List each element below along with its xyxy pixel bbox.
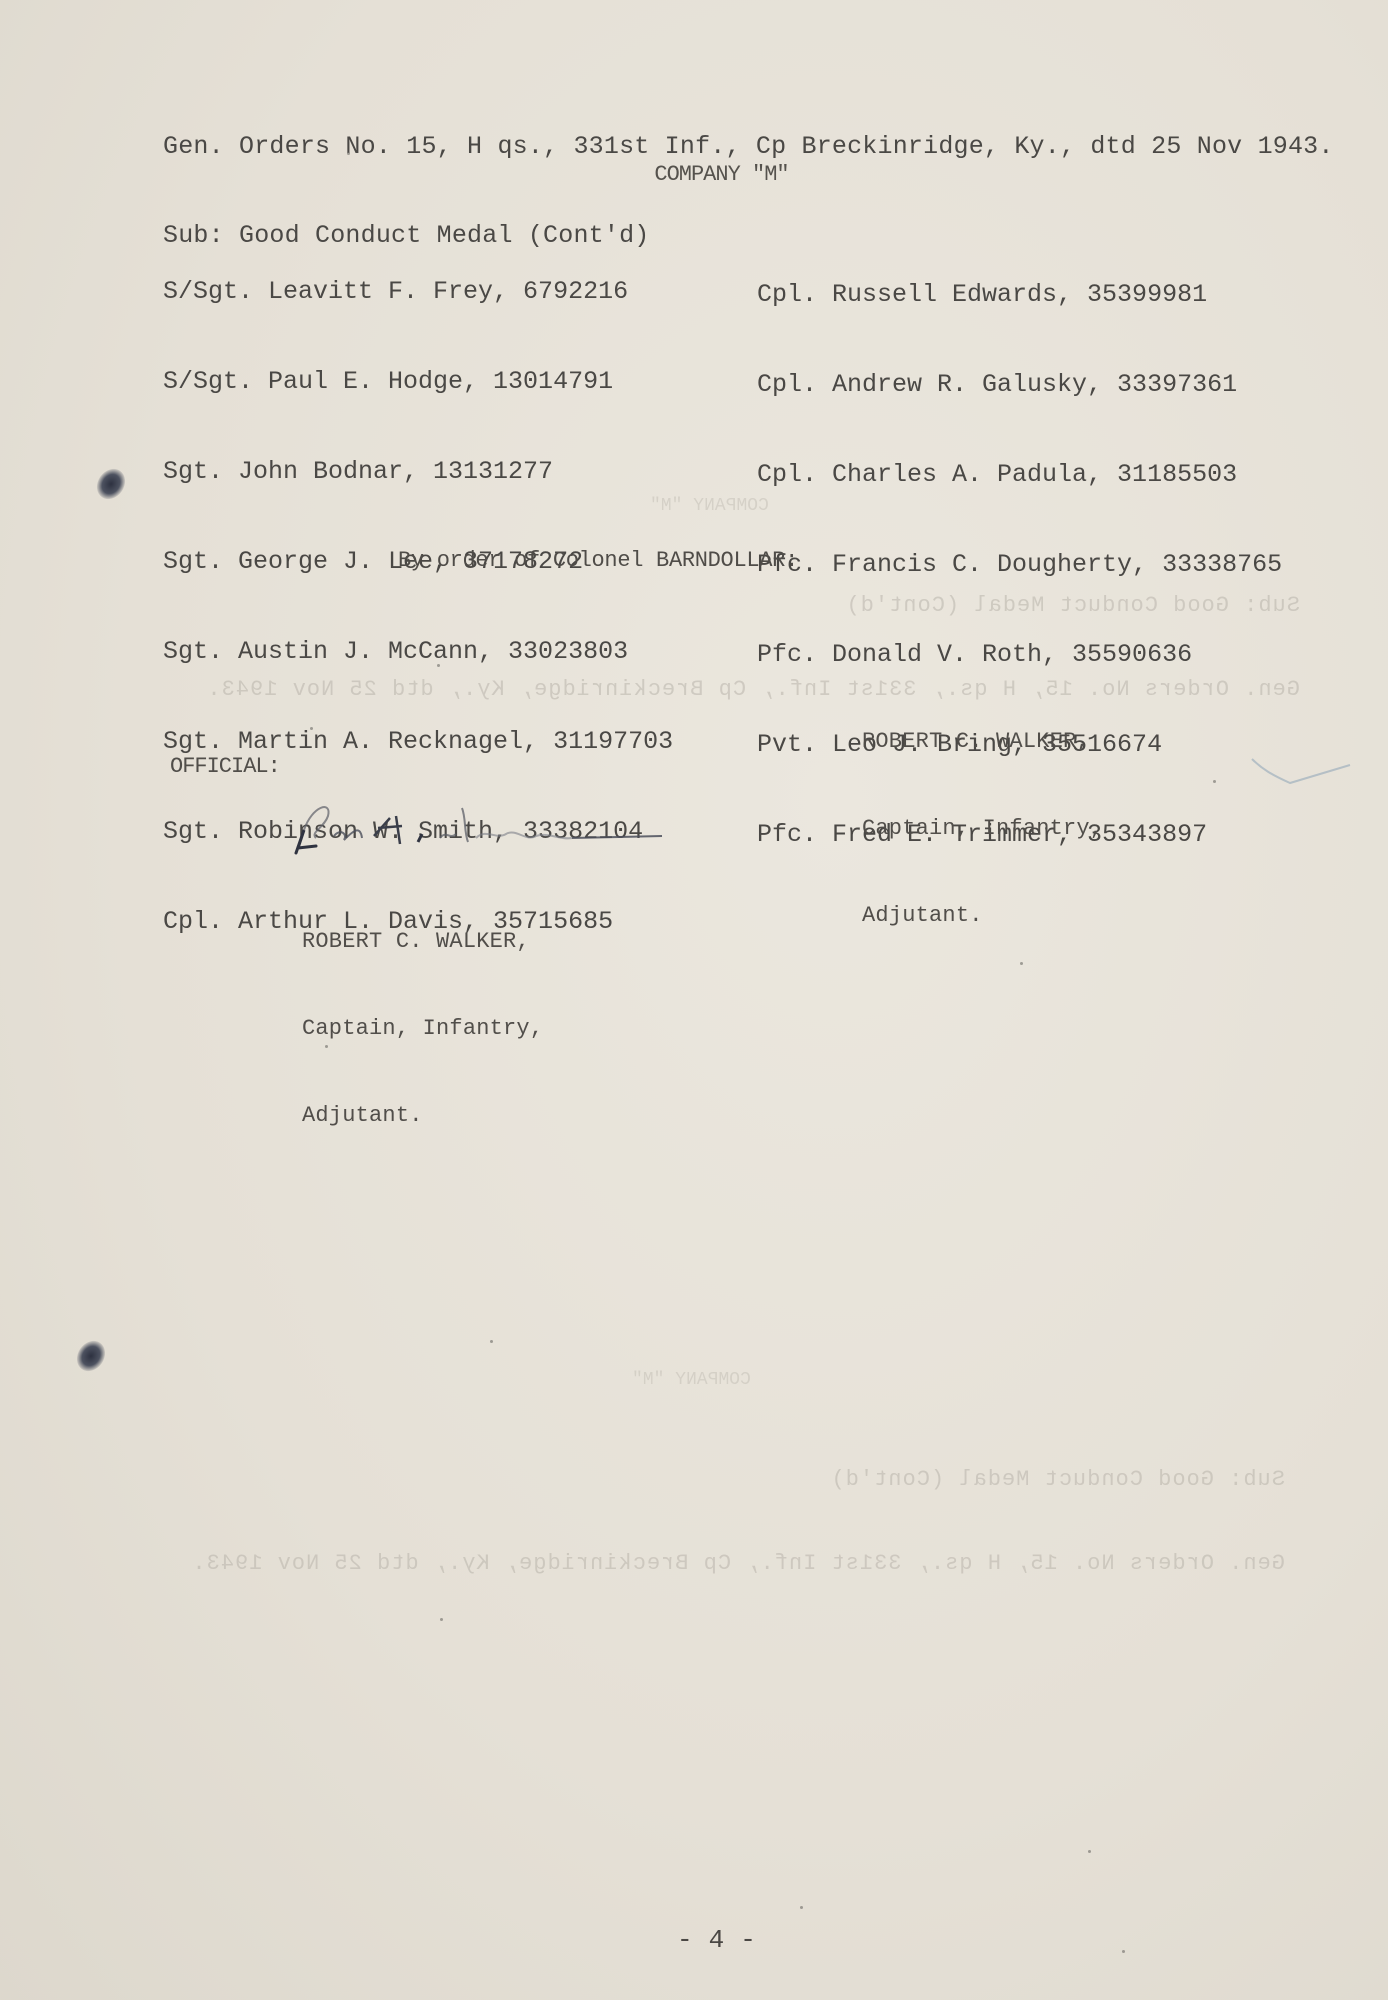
paper-speck — [437, 664, 440, 667]
paper-speck — [1088, 1850, 1091, 1853]
paper-speck — [1020, 962, 1023, 965]
official-label: OFFICIAL: — [170, 752, 280, 782]
by-order-line: By order of Colonel BARNDOLLAR: — [398, 546, 798, 576]
pencil-mark — [1250, 755, 1360, 795]
paper-speck — [347, 152, 350, 155]
roster-entry: Pfc. Francis C. Dougherty, 33338765 — [757, 550, 1282, 580]
paper-speck — [497, 745, 500, 748]
roster-entry: Sgt. Austin J. McCann, 33023803 — [163, 637, 673, 667]
ink-smudge — [71, 1335, 111, 1376]
general-orders-line: Gen. Orders No. 15, H qs., 331st Inf., C… — [163, 132, 1334, 161]
paper-speck — [310, 727, 313, 730]
roster-entry: Cpl. Russell Edwards, 35399981 — [757, 280, 1282, 310]
company-heading: COMPANY "M" — [0, 160, 1388, 190]
offset-ghost-text-lower: Sub: Good Conduct Medal (Cont'd) Gen. Or… — [155, 1410, 1285, 1606]
paper-speck — [440, 1618, 443, 1621]
roster-entry: Pfc. Donald V. Roth, 35590636 — [757, 640, 1282, 670]
paper-speck — [490, 1340, 493, 1343]
paper-speck — [325, 1045, 328, 1048]
roster-entry: Cpl. Andrew R. Galusky, 33397361 — [757, 370, 1282, 400]
roster-entry: Cpl. Charles A. Padula, 31185503 — [757, 460, 1282, 490]
offset-ghost-title-lower: COMPANY "M" — [632, 1370, 751, 1390]
paper-speck — [1213, 780, 1216, 783]
roster-entry: S/Sgt. Leavitt F. Frey, 6792216 — [163, 277, 673, 307]
ink-smudge — [91, 463, 131, 504]
paper-speck — [800, 1906, 803, 1909]
signatory-title: Adjutant. — [302, 1101, 543, 1130]
signatory-title: Adjutant. — [862, 901, 1103, 930]
signatory-rank: Captain, Infantry, — [862, 814, 1103, 843]
roster-entry: Sgt. John Bodnar, 13131277 — [163, 457, 673, 487]
signature-block-right: ROBERT C. WALKER, Captain, Infantry, Adj… — [862, 669, 1103, 959]
roster-entry: S/Sgt. Paul E. Hodge, 13014791 — [163, 367, 673, 397]
signature-block-left: ROBERT C. WALKER, Captain, Infantry, Adj… — [302, 869, 543, 1159]
signatory-name: ROBERT C. WALKER, — [302, 927, 543, 956]
handwritten-signature — [290, 798, 680, 858]
page-number: - 4 - — [0, 1925, 1388, 1955]
signatory-name: ROBERT C. WALKER, — [862, 727, 1103, 756]
signatory-rank: Captain, Infantry, — [302, 1014, 543, 1043]
